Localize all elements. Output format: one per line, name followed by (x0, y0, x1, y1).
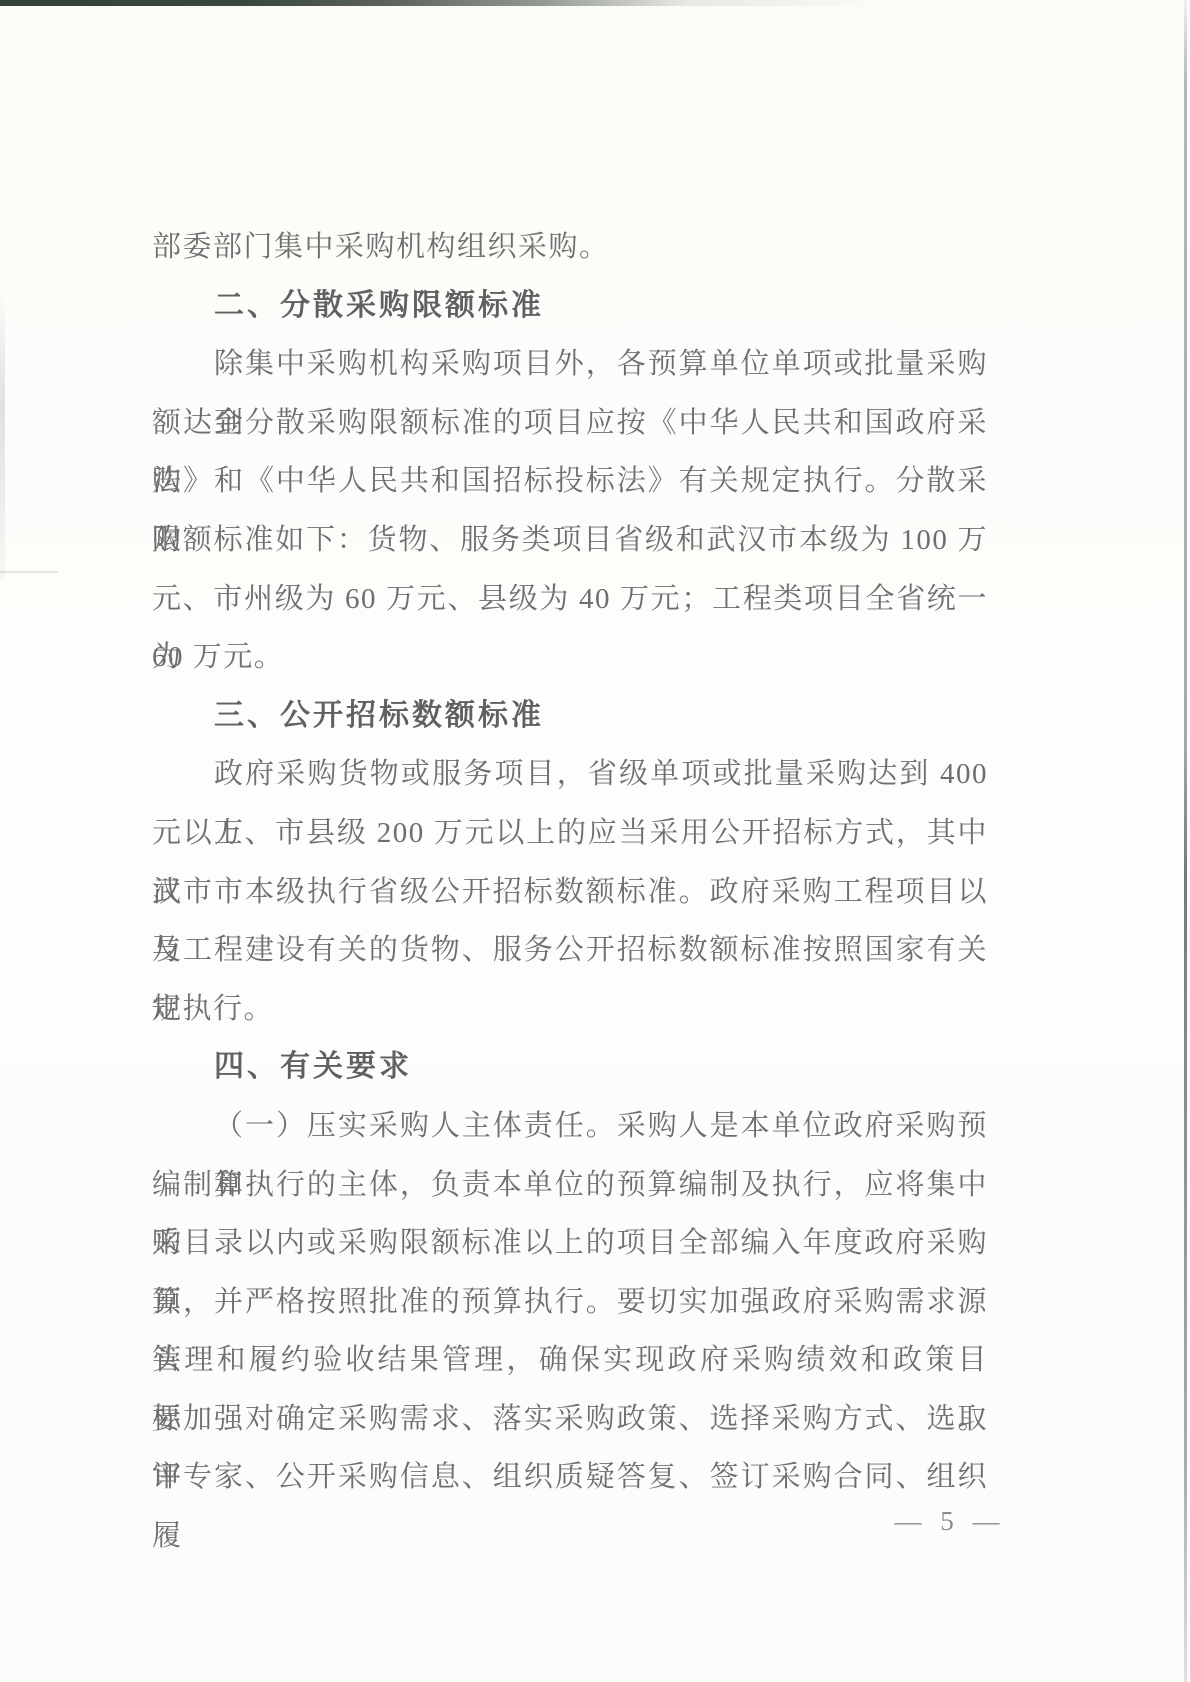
text-line: 元以上、市县级 200 万元以上的应当采用公开招标方式，其中武 (152, 804, 988, 863)
text-line: 购目录以内或采购限额标准以上的项目全部编入年度政府采购预 (152, 1214, 988, 1273)
text-line: 政府采购货物或服务项目，省级单项或批量采购达到 400 万 (152, 745, 988, 804)
page-number: — 5 — (880, 1506, 1020, 1537)
text-line: 管理和履约验收结果管理，确保实现政府采购绩效和政策目标。 (152, 1331, 988, 1390)
section-heading: 二、分散采购限额标准 (152, 277, 988, 336)
scan-left-fold-artifact (0, 571, 58, 573)
text-line: 60 万元。 (152, 628, 988, 687)
scan-top-edge-artifact (0, 0, 880, 6)
text-line: 限额标准如下：货物、服务类项目省级和武汉市本级为 100 万 (152, 511, 988, 570)
text-line: 定执行。 (152, 980, 988, 1039)
text-line: 额达到分散采购限额标准的项目应按《中华人民共和国政府采购 (152, 394, 988, 453)
text-line: 编制和执行的主体，负责本单位的预算编制及执行，应将集中采 (152, 1156, 988, 1215)
scan-left-edge-artifact (0, 290, 5, 580)
text-line: 审专家、公开采购信息、组织质疑答复、签订采购合同、组织履 (152, 1448, 988, 1507)
text-line: （一）压实采购人主体责任。采购人是本单位政府采购预算 (152, 1097, 988, 1156)
scan-right-edge-artifact (1184, 0, 1187, 1682)
text-line: 元、市州级为 60 万元、县级为 40 万元；工程类项目全省统一为 (152, 570, 988, 629)
text-line: 部委部门集中采购机构组织采购。 (152, 218, 988, 277)
text-line: 法》和《中华人民共和国招标投标法》有关规定执行。分散采购 (152, 452, 988, 511)
document-text: 部委部门集中采购机构组织采购。二、分散采购限额标准除集中采购机构采购项目外，各预… (152, 218, 988, 1507)
text-line: 与工程建设有关的货物、服务公开招标数额标准按照国家有关规 (152, 921, 988, 980)
text-line: 除集中采购机构采购项目外，各预算单位单项或批量采购金 (152, 335, 988, 394)
section-heading: 三、公开招标数额标准 (152, 687, 988, 746)
text-line: 要加强对确定采购需求、落实采购政策、选择采购方式、选取评 (152, 1390, 988, 1449)
section-heading: 四、有关要求 (152, 1038, 988, 1097)
document-page: 部委部门集中采购机构组织采购。二、分散采购限额标准除集中采购机构采购项目外，各预… (0, 0, 1190, 1682)
text-line: 汉市市本级执行省级公开招标数额标准。政府采购工程项目以及 (152, 863, 988, 922)
text-line: 算，并严格按照批准的预算执行。要切实加强政府采购需求源头 (152, 1273, 988, 1332)
